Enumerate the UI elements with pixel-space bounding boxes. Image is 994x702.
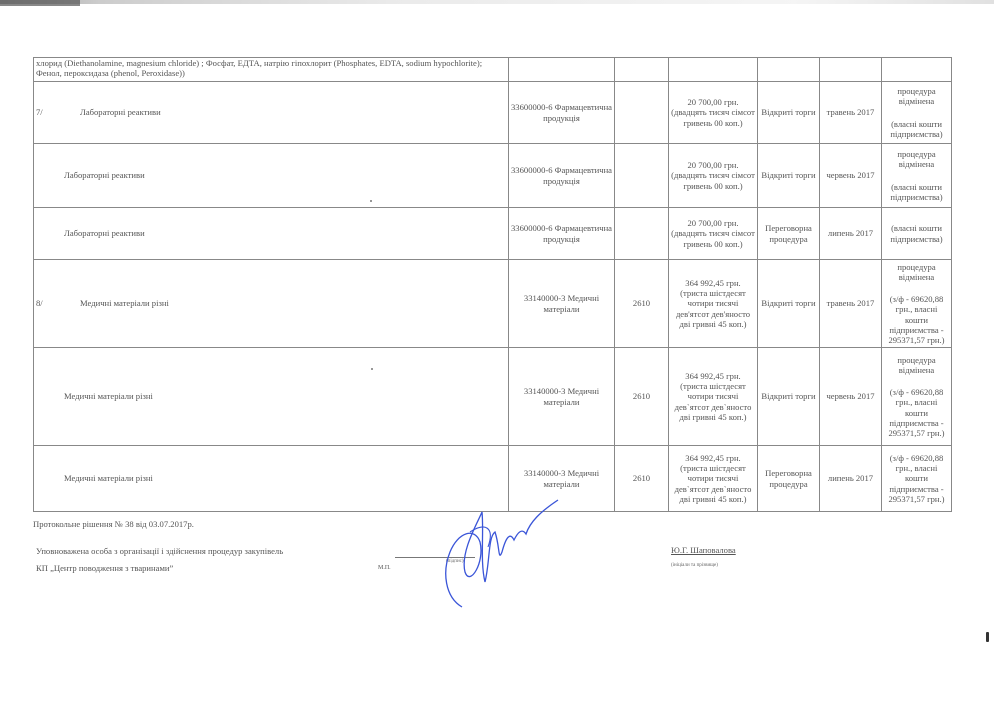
procedure-type-cell: Відкриті торги <box>758 82 820 144</box>
kekv-code-cell: 2610 <box>615 348 669 446</box>
continuation-text: хлорид (Diethanolamine, magnesium chlori… <box>34 58 509 82</box>
item-name: Лабораторні реактиви <box>64 228 145 238</box>
table-row: Медичні матеріали різні 33140000-3 Медич… <box>34 348 952 446</box>
note-funding: (власні кошти підприємства) <box>890 223 942 243</box>
organization-name: КП „Центр поводження з тваринами” <box>36 563 173 573</box>
item-name-cell: Лабораторні реактиви <box>34 208 509 260</box>
expected-cost-cell: 364 992,45 грн. (триста шістдесят чотири… <box>669 260 758 348</box>
expected-cost-cell: 20 700,00 грн. (двадцять тисяч сімсот гр… <box>669 144 758 208</box>
stamp-label: М.П. <box>378 565 391 571</box>
note-status: процедура відмінена <box>897 262 935 282</box>
table-row: Лабораторні реактиви 33600000-6 Фармацев… <box>34 208 952 260</box>
table-row: 7/Лабораторні реактиви 33600000-6 Фармац… <box>34 82 952 144</box>
note-funding: (з/ф - 69620,88 грн., власні кошти підпр… <box>888 453 944 504</box>
kekv-code-cell: 2610 <box>615 446 669 512</box>
procedure-type-cell: Переговорна процедура <box>758 208 820 260</box>
notes-cell: процедура відмінена(з/ф - 69620,88 грн.,… <box>882 260 952 348</box>
cpv-code-cell: 33600000-6 Фармацевтична продукція <box>509 144 615 208</box>
item-name: Медичні матеріали різні <box>64 391 153 401</box>
item-name-cell: Лабораторні реактиви <box>34 144 509 208</box>
start-date-cell: червень 2017 <box>820 144 882 208</box>
table-row: 8/Медичні матеріали різні 33140000-3 Мед… <box>34 260 952 348</box>
notes-cell: процедура відмінена(з/ф - 69620,88 грн.,… <box>882 348 952 446</box>
notes-cell: процедура відмінена(власні кошти підприє… <box>882 82 952 144</box>
item-number: 8/ <box>36 298 80 308</box>
scan-corner-shadow <box>0 0 80 6</box>
procedure-type-cell: Відкриті торги <box>758 144 820 208</box>
kekv-code-cell: 2610 <box>615 260 669 348</box>
procedure-type-cell: Переговорна процедура <box>758 446 820 512</box>
signer-name: Ю.Г. Шаповалова <box>671 545 736 555</box>
expected-cost-cell: 20 700,00 грн. (двадцять тисяч сімсот гр… <box>669 82 758 144</box>
note-funding: (власні кошти підприємства) <box>890 182 942 202</box>
start-date-cell: липень 2017 <box>820 446 882 512</box>
cpv-code-cell: 33140000-3 Медичні матеріали <box>509 260 615 348</box>
cpv-code-cell: 33600000-6 Фармацевтична продукція <box>509 208 615 260</box>
table-row-continuation: хлорид (Diethanolamine, magnesium chlori… <box>34 58 952 82</box>
table-row: Лабораторні реактиви 33600000-6 Фармацев… <box>34 144 952 208</box>
note-funding: (з/ф - 69620,88 грн., власні кошти підпр… <box>888 294 944 345</box>
note-status: процедура відмінена <box>897 355 935 375</box>
item-name-cell: 8/Медичні матеріали різні <box>34 260 509 348</box>
item-name: Лабораторні реактиви <box>64 170 145 180</box>
kekv-code-cell <box>615 82 669 144</box>
scan-speck <box>986 632 989 642</box>
notes-cell: процедура відмінена(власні кошти підприє… <box>882 144 952 208</box>
item-name-cell: 7/Лабораторні реактиви <box>34 82 509 144</box>
start-date-cell: липень 2017 <box>820 208 882 260</box>
start-date-cell: травень 2017 <box>820 82 882 144</box>
kekv-code-cell <box>615 144 669 208</box>
signer-caption: (ініціали та прізвище) <box>671 563 718 568</box>
item-name: Лабораторні реактиви <box>80 107 161 117</box>
procedure-type-cell: Відкриті торги <box>758 348 820 446</box>
protocol-decision: Протокольне рішення № 38 від 03.07.2017р… <box>33 519 194 529</box>
item-name: Медичні матеріали різні <box>64 473 153 483</box>
scan-speck <box>370 200 372 202</box>
expected-cost-cell: 364 992,45 грн. (триста шістдесят чотири… <box>669 446 758 512</box>
start-date-cell: червень 2017 <box>820 348 882 446</box>
scan-speck <box>371 368 373 370</box>
note-funding: (з/ф - 69620,88 грн., власні кошти підпр… <box>888 387 944 438</box>
note-status: процедура відмінена <box>897 149 935 169</box>
cpv-code-cell: 33600000-6 Фармацевтична продукція <box>509 82 615 144</box>
note-status: процедура відмінена <box>897 86 935 106</box>
notes-cell: (власні кошти підприємства) <box>882 208 952 260</box>
item-number: 7/ <box>36 107 80 117</box>
item-name: Медичні матеріали різні <box>80 298 169 308</box>
note-funding: (власні кошти підприємства) <box>890 119 942 139</box>
start-date-cell: травень 2017 <box>820 260 882 348</box>
procurement-plan-table: хлорид (Diethanolamine, magnesium chlori… <box>33 57 952 512</box>
authorized-person-label: Уповноважена особа з організації і здійс… <box>36 546 283 556</box>
item-name-cell: Медичні матеріали різні <box>34 446 509 512</box>
expected-cost-cell: 20 700,00 грн. (двадцять тисяч сімсот гр… <box>669 208 758 260</box>
procedure-type-cell: Відкриті торги <box>758 260 820 348</box>
scan-edge <box>0 0 994 4</box>
cpv-code-cell: 33140000-3 Медичні матеріали <box>509 348 615 446</box>
notes-cell: (з/ф - 69620,88 грн., власні кошти підпр… <box>882 446 952 512</box>
item-name-cell: Медичні матеріали різні <box>34 348 509 446</box>
kekv-code-cell <box>615 208 669 260</box>
expected-cost-cell: 364 992,45 грн. (триста шістдесят чотири… <box>669 348 758 446</box>
handwritten-signature <box>440 492 560 612</box>
